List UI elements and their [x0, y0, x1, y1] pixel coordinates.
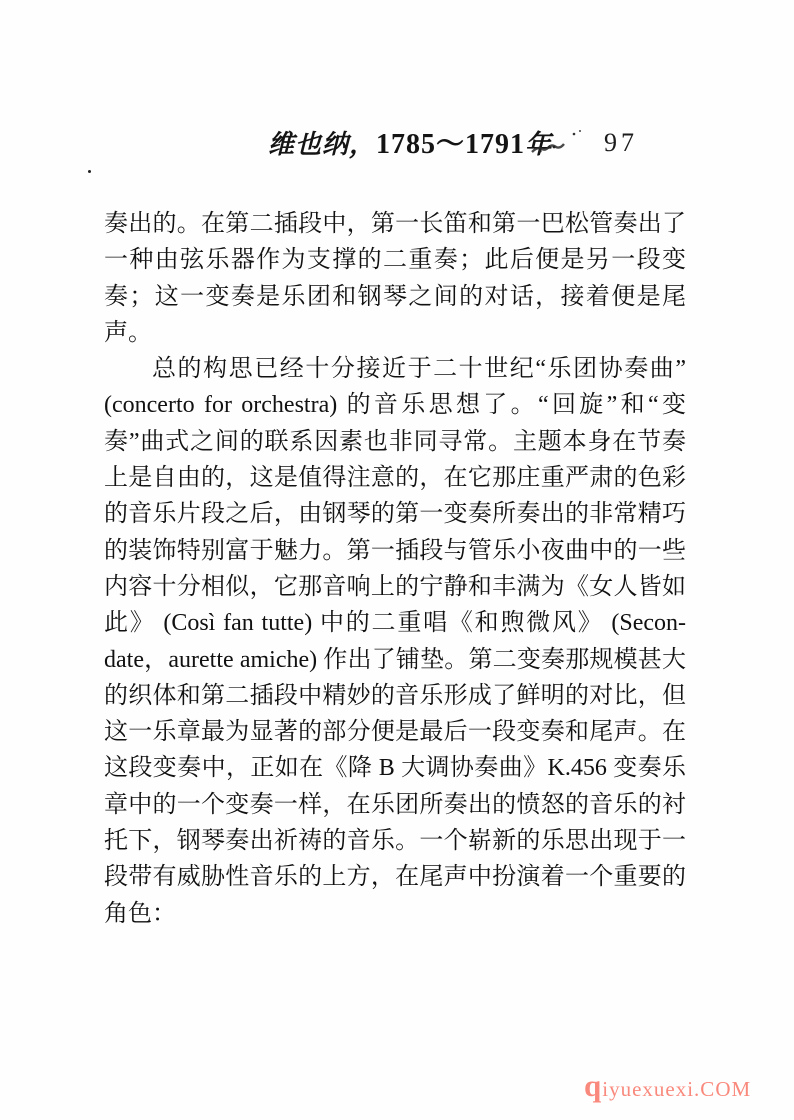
- text-line: (concerto for orchestra) 的音乐思想了。“回旋”和“变: [104, 387, 686, 423]
- running-head-years: 1785～1791: [376, 129, 525, 160]
- text-block: 奏出的。在第二插段中，第一长笛和第一巴松管奏出了一种由弦乐器作为支撑的二重奏；此…: [104, 206, 686, 932]
- text-line: 奏出的。在第二插段中，第一长笛和第一巴松管奏出了: [104, 206, 686, 242]
- text-line: 内容十分相似，它那音响上的宁静和丰满为《女人皆如: [104, 569, 686, 605]
- text-line: 上是自由的，这是值得注意的，在它那庄重严肃的色彩: [104, 460, 686, 496]
- running-head-title: 维也纳，1785～1791年: [268, 122, 552, 162]
- text-line: 奏”曲式之间的联系因素也非同寻常。主题本身在节奏: [104, 424, 686, 460]
- text-line: 声。: [104, 315, 686, 351]
- text-line: 的音乐片段之后，由钢琴的第一变奏所奏出的非常精巧: [104, 496, 686, 532]
- text-line: 奏；这一变奏是乐团和钢琴之间的对话，接着便是尾: [104, 279, 686, 315]
- page-header: 维也纳，1785～1791年 97: [0, 120, 794, 160]
- text-line: 段带有威胁性音乐的上方，在尾声中扮演着一个重要的: [104, 859, 686, 895]
- text-line: 托下，钢琴奏出祈祷的音乐。一个崭新的乐思出现于一: [104, 823, 686, 859]
- watermark: qiyuexuexi.COM: [584, 1068, 751, 1104]
- text-line: 的织体和第二插段中精妙的音乐形成了鲜明的对比，但: [104, 678, 686, 714]
- scanned-book-page: 维也纳，1785～1791年 97 奏出的。在第二插段中，第一长笛和第一巴松管奏…: [0, 0, 794, 1120]
- running-head-place: 维也纳，: [268, 130, 376, 159]
- text-line: 总的构思已经十分接近于二十世纪“乐团协奏曲”: [104, 351, 686, 387]
- page-number: 97: [604, 128, 638, 158]
- text-line: 一种由弦乐器作为支撑的二重奏；此后便是另一段变: [104, 242, 686, 278]
- text-line: 这一乐章最为显著的部分便是最后一段变奏和尾声。在: [104, 714, 686, 750]
- ink-smudge-mark: [528, 126, 590, 162]
- text-line: 此》 (Così fan tutte) 中的二重唱《和煦微风》 (Secon-: [104, 605, 686, 641]
- text-line: 章中的一个变奏一样，在乐团所奏出的愤怒的音乐的衬: [104, 787, 686, 823]
- scan-speck: [88, 170, 91, 173]
- text-line: 的装饰特别富于魅力。第一插段与管乐小夜曲中的一些: [104, 533, 686, 569]
- text-line: 这段变奏中，正如在《降 B 大调协奏曲》K.456 变奏乐: [104, 750, 686, 786]
- text-line: date，aurette amiche) 作出了铺垫。第二变奏那规模甚大: [104, 642, 686, 678]
- text-line: 角色：: [104, 896, 686, 932]
